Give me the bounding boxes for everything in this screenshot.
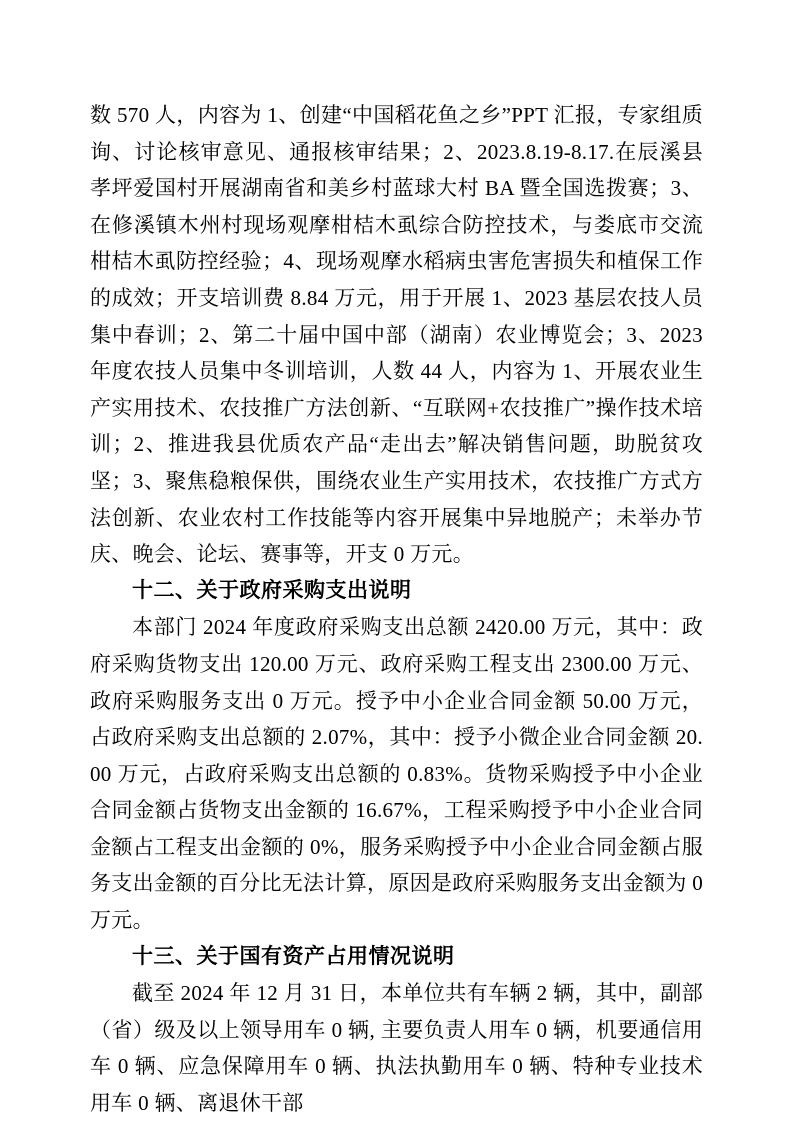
paragraph-government-procurement: 本部门 2024 年度政府采购支出总额 2420.00 万元，其中：政府采购货物… xyxy=(90,609,703,938)
paragraph-state-owned-assets: 截至 2024 年 12 月 31 日，本单位共有车辆 2 辆，其中，副部（省）… xyxy=(90,975,703,1121)
document-page: 数 570 人，内容为 1、创建“中国稻花鱼之乡”PPT 汇报，专家组质询、讨论… xyxy=(0,0,793,1122)
paragraph-training-expense-continuation: 数 570 人，内容为 1、创建“中国稻花鱼之乡”PPT 汇报，专家组质询、讨论… xyxy=(90,97,703,573)
section-heading-government-procurement: 十二、关于政府采购支出说明 xyxy=(90,573,703,610)
section-heading-state-owned-assets: 十三、关于国有资产占用情况说明 xyxy=(90,939,703,976)
